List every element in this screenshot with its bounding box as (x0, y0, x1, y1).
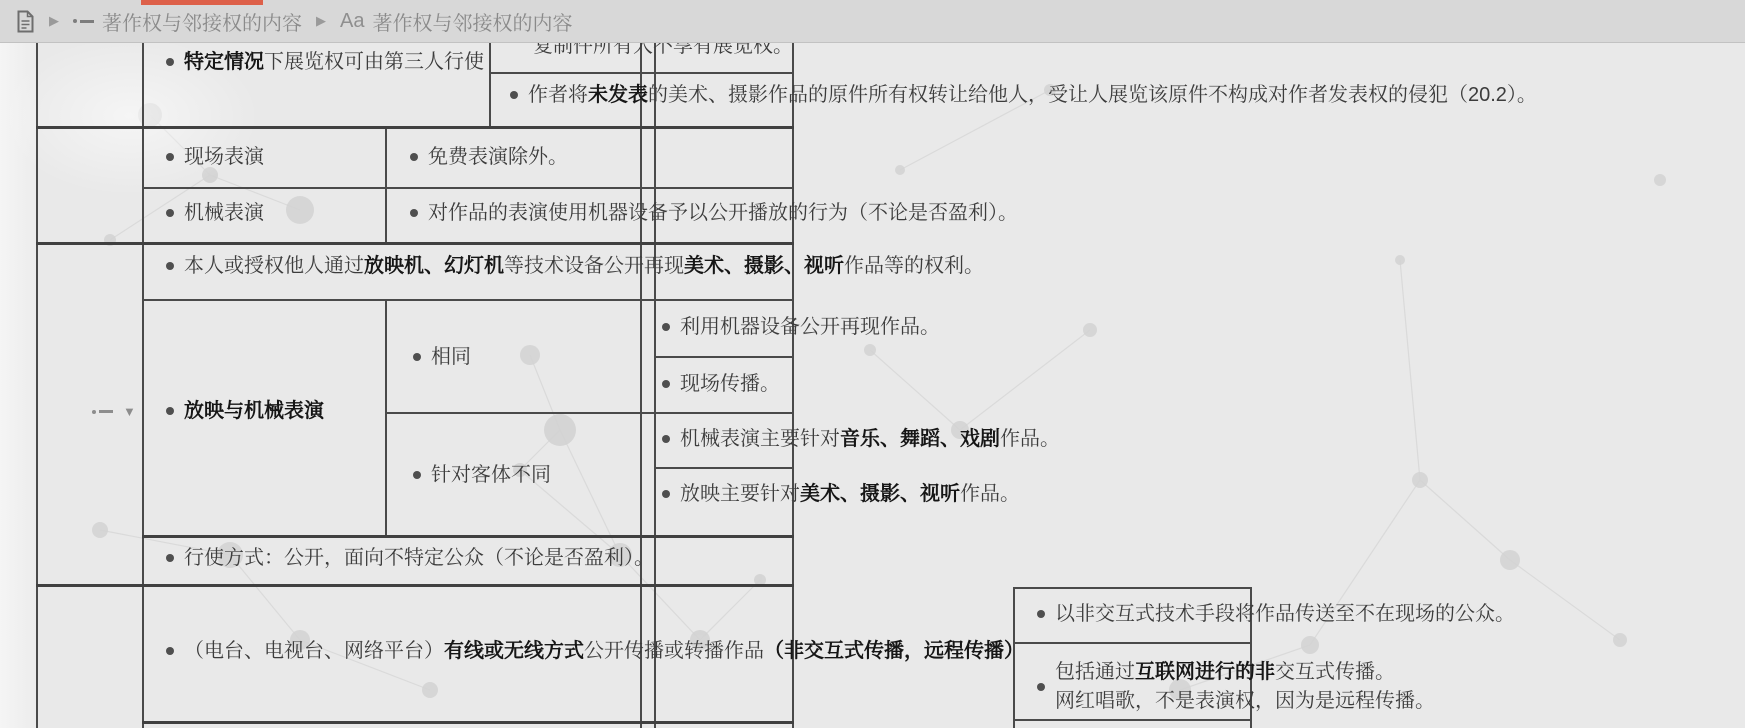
cell-text: 利用机器设备公开再现作品。 (680, 313, 940, 341)
bullet-icon (662, 380, 670, 388)
node-dot-dash-icon (92, 410, 96, 414)
cell-text: 对作品的表演使用机器设备予以公开播放的行为（不论是否盈利）。 (428, 199, 1018, 227)
cell-text: 本人或授权他人通过放映机、幻灯机等技术设备公开再现美术、摄影、视听作品等的权利。 (184, 252, 984, 280)
cell-exercise-method[interactable]: 行使方式：公开，面向不特定公众（不论是否盈利）。 (166, 544, 654, 572)
bullet-icon (166, 262, 174, 270)
cell-live-spread[interactable]: 现场传播。 (662, 370, 780, 398)
table-border-line (36, 242, 794, 245)
cell-projection-targets[interactable]: 放映主要针对美术、摄影、视听作品。 (662, 480, 1020, 508)
cell-text: 现场表演 (184, 143, 264, 171)
text-format-icon: Aa (340, 10, 364, 33)
cell-projection-vs-mechanical[interactable]: 放映与机械表演 (166, 397, 324, 425)
cell-internet-non-interactive[interactable]: 包括通过互联网进行的非交互式传播。网红唱歌，不是表演权，因为是远程传播。 (1037, 658, 1435, 716)
cell-text: （电台、电视台、网络平台）有线或无线方式公开传播或转播作品（非交互式传播，远程传… (184, 637, 1024, 665)
table-border-line (1013, 719, 1252, 721)
bullet-icon (1037, 610, 1045, 618)
cell-text: 免费表演除外。 (428, 143, 568, 171)
table-border-line (36, 126, 794, 129)
cell-text: 针对客体不同 (431, 461, 551, 489)
bullet-icon (413, 471, 421, 479)
cell-text: 特定情况下展览权可由第三人行使 (184, 48, 484, 76)
cell-mechanical-performance[interactable]: 机械表演 (166, 199, 264, 227)
table-border-line (654, 36, 656, 728)
table-border-line (654, 467, 794, 469)
cell-non-interactive-transmit[interactable]: 以非交互式技术手段将作品传送至不在现场的公众。 (1037, 600, 1515, 628)
breadcrumb-item-node[interactable]: 著作权与邻接权的内容 (372, 7, 572, 36)
cell-special-case-exhibit[interactable]: 特定情况下展览权可由第三人行使 (166, 48, 484, 76)
table-border-line (142, 721, 794, 724)
cell-machine-reproduce[interactable]: 利用机器设备公开再现作品。 (662, 313, 940, 341)
cell-different-object[interactable]: 针对客体不同 (413, 461, 551, 489)
table-border-line (792, 36, 794, 728)
cell-text: 放映主要针对美术、摄影、视听作品。 (680, 480, 1020, 508)
bullet-icon (166, 153, 174, 161)
bullet-icon (166, 407, 174, 415)
bullet-icon (1037, 683, 1045, 691)
breadcrumb-arrow-icon: ▶ (316, 13, 326, 29)
table-border-line (142, 187, 794, 189)
red-accent-bar (141, 0, 263, 5)
chevron-down-icon[interactable]: ▼ (123, 404, 136, 419)
cell-mechanical-targets[interactable]: 机械表演主要针对音乐、舞蹈、戏剧作品。 (662, 425, 1060, 453)
mind-node-icon (73, 19, 94, 23)
app-window: 复制件所有人不享有展览权。 特定情况下展览权可由第三人行使 作者将未发表的美术、… (0, 0, 1745, 728)
cell-broadcast-right[interactable]: （电台、电视台、网络平台）有线或无线方式公开传播或转播作品（非交互式传播，远程传… (166, 637, 1024, 665)
cell-text: 以非交互式技术手段将作品传送至不在现场的公众。 (1055, 600, 1515, 628)
bullet-icon (662, 435, 670, 443)
bullet-icon (410, 209, 418, 217)
cell-live-performance[interactable]: 现场表演 (166, 143, 264, 171)
breadcrumb-bar: ▶ 著作权与邻接权的内容 ▶ Aa 著作权与邻接权的内容 (0, 0, 1745, 43)
breadcrumb-item-map[interactable]: 著作权与邻接权的内容 (102, 7, 302, 36)
cell-text: 行使方式：公开，面向不特定公众（不论是否盈利）。 (184, 544, 654, 572)
breadcrumb-arrow-icon: ▶ (49, 13, 59, 29)
bullet-icon (166, 58, 174, 66)
cell-free-performance-exception[interactable]: 免费表演除外。 (410, 143, 568, 171)
cell-unpublished-transfer[interactable]: 作者将未发表的美术、摄影作品的原件所有权转让给他人，受让人展览该原件不构成对作者… (510, 81, 1537, 109)
table-border-line (489, 72, 794, 74)
bullet-icon (662, 323, 670, 331)
table-border-line (1013, 642, 1252, 644)
table-border-line (640, 36, 642, 728)
document-icon[interactable] (16, 10, 35, 33)
bullet-icon (662, 490, 670, 498)
table-border-line (142, 36, 144, 728)
table-border-line (654, 356, 794, 358)
bullet-icon (510, 91, 518, 99)
table-border-line (142, 299, 794, 301)
cell-text: 相同 (431, 343, 471, 371)
cell-same[interactable]: 相同 (413, 343, 471, 371)
cell-projection-right[interactable]: 本人或授权他人通过放映机、幻灯机等技术设备公开再现美术、摄影、视听作品等的权利。 (166, 252, 984, 280)
cell-text: 包括通过互联网进行的非交互式传播。网红唱歌，不是表演权，因为是远程传播。 (1055, 658, 1435, 716)
node-expander[interactable]: ▼ (92, 404, 136, 419)
bullet-icon (166, 647, 174, 655)
table-border-line (142, 535, 794, 538)
table-border-line (385, 128, 387, 244)
table-border-line (385, 301, 387, 537)
cell-text: 现场传播。 (680, 370, 780, 398)
table-border-line (36, 584, 794, 587)
bullet-icon (166, 209, 174, 217)
node-dot-dash-icon (99, 410, 113, 413)
table-border-line (1013, 587, 1252, 589)
cell-text: 机械表演 (184, 199, 264, 227)
bullet-icon (413, 353, 421, 361)
cell-text: 放映与机械表演 (184, 397, 324, 425)
bullet-icon (410, 153, 418, 161)
bullet-icon (166, 554, 174, 562)
table-border-line (489, 36, 491, 128)
table-border-line (36, 36, 38, 728)
cell-text: 机械表演主要针对音乐、舞蹈、戏剧作品。 (680, 425, 1060, 453)
table-border-line (385, 412, 794, 414)
cell-mechanical-definition[interactable]: 对作品的表演使用机器设备予以公开播放的行为（不论是否盈利）。 (410, 199, 1018, 227)
cell-text: 作者将未发表的美术、摄影作品的原件所有权转让给他人，受让人展览该原件不构成对作者… (528, 81, 1537, 109)
